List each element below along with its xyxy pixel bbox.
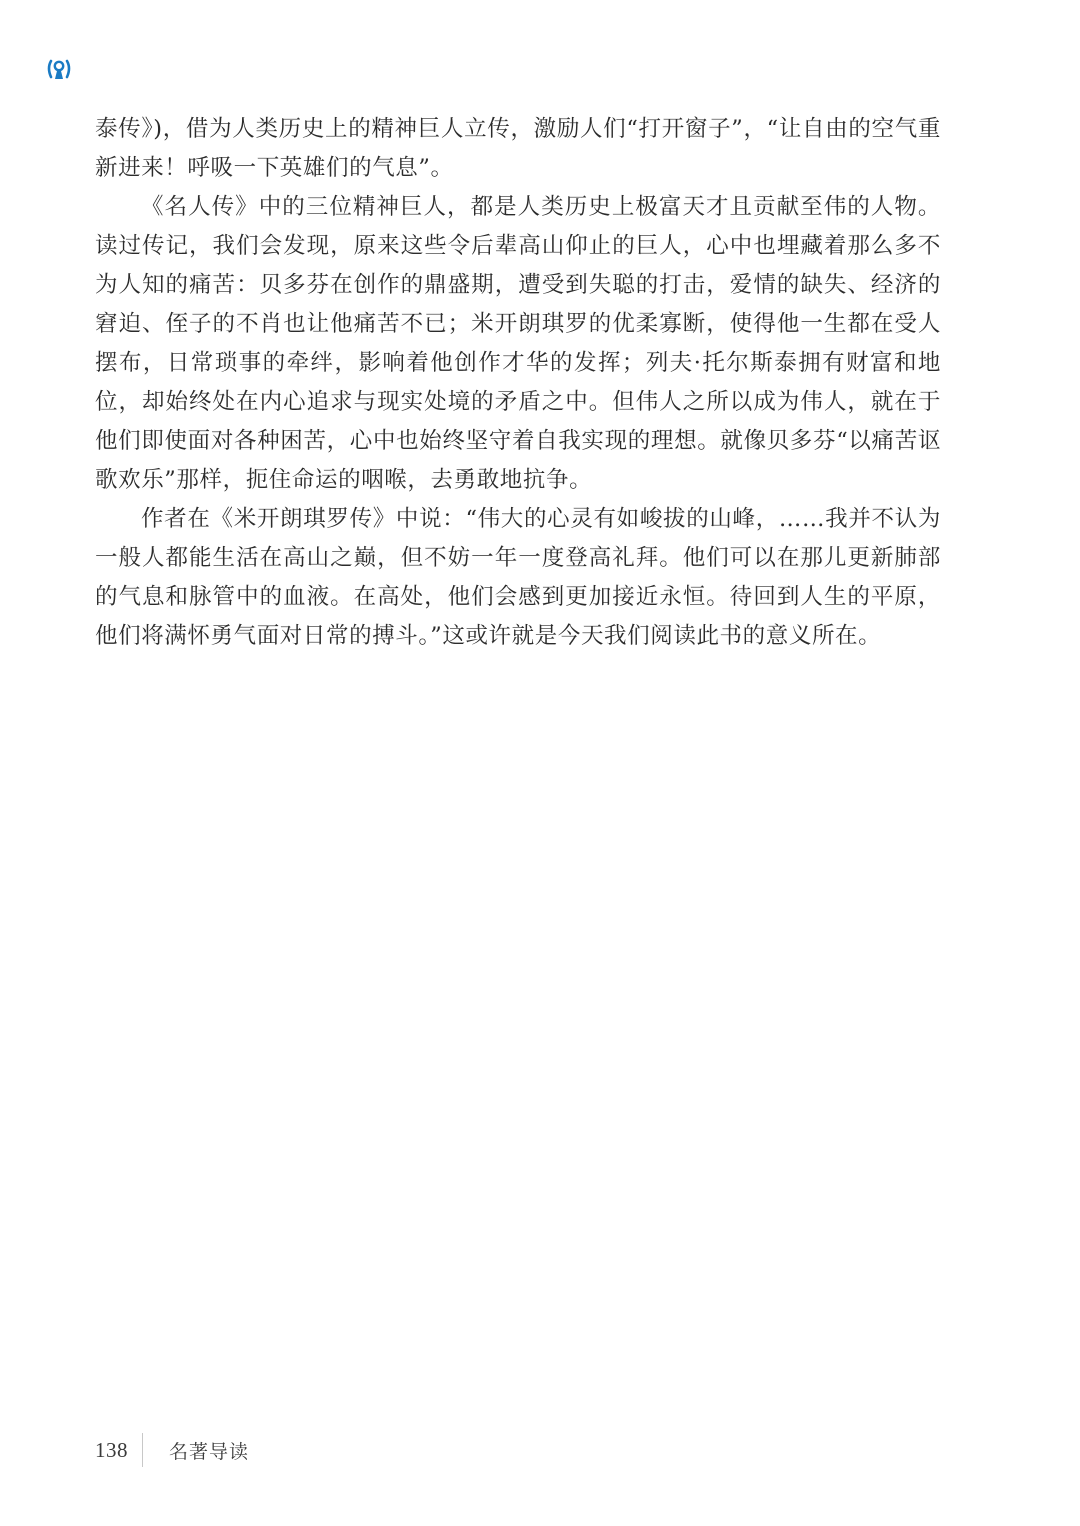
page-body: 泰传》)，借为人类历史上的精神巨人立传，激励人们“打开窗子”，“让自由的空气重新… [95,110,941,656]
book-title: 名著导读 [169,1437,249,1464]
reading-signal-icon [46,58,72,82]
paragraph-1: 泰传》)，借为人类历史上的精神巨人立传，激励人们“打开窗子”，“让自由的空气重新… [95,110,941,188]
paragraph-2: 《名人传》中的三位精神巨人，都是人类历史上极富天才且贡献至伟的人物。读过传记，我… [95,188,941,500]
page-footer: 138 名著导读 [95,1432,249,1468]
paragraph-3: 作者在《米开朗琪罗传》中说：“伟大的心灵有如峻拔的山峰，……我并不认为一般人都能… [95,500,941,656]
footer-divider [142,1433,143,1467]
page-number: 138 [95,1438,128,1463]
